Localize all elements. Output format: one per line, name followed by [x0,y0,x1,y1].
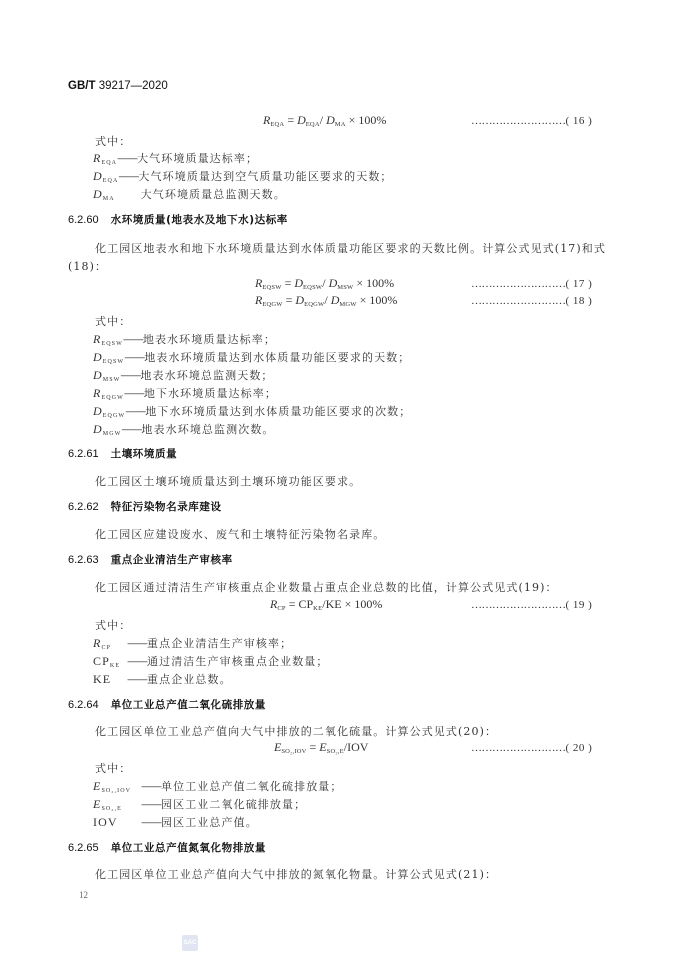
def-subscript: MSW [103,377,121,383]
definition-r-eqsw: REQSW——地表水环境质量达标率； [93,331,276,347]
paragraph-6-2-62: 化工园区应建设废水、废气和土壤特征污染物名录库。 [95,526,385,542]
def-dash: —— [120,369,140,382]
def-dash: —— [118,170,138,183]
formula-20: ESO₂,IOV = ESO₂,E/IOV [274,740,368,755]
formula-tail: × 100% [353,276,394,290]
formula-operator: = [286,597,299,611]
def-dash: —— [141,798,161,811]
def-symbol: KE [93,672,111,686]
formula-symbol: D [294,276,303,290]
def-subscript: EQA [101,160,117,166]
standard-id: GB/T 39217—2020 [68,80,168,92]
formula-tail: /KE × 100% [322,597,382,611]
formula-16: REQA = DEQA/ DMA × 100% [263,113,386,128]
section-heading-6-2-62: 6.2.62特征污染物名录库建设 [68,499,222,514]
formula-symbol: E [319,740,326,754]
formula-symbol: D [329,276,338,290]
paragraph-6-2-61: 化工园区土壤环境质量达到土壤环境功能区要求。 [95,473,361,489]
def-text: 重点企业总数。 [147,673,232,686]
leader-dots: ……………………… [471,742,566,754]
section-number: 6.2.63 [68,554,99,566]
section-heading-6-2-63: 6.2.63重点企业清洁生产审核率 [68,552,233,567]
def-text: 园区工业二氧化硫排放量； [161,798,306,811]
formula-subscript: EQSW [262,284,281,291]
formula-symbol: CP [298,597,313,611]
leader-dots: ……………………… [471,599,566,611]
definition-ke: KE——重点企业总数。 [93,671,232,687]
section-title: 单位工业总产值氮氧化物排放量 [111,842,266,854]
def-text: 地表水环境质量达到水体质量功能区要求的天数； [144,351,410,364]
def-symbol: IOV [93,815,118,829]
def-symbol: D [93,169,103,183]
definition-d-ma: DMA 大气环境质量总监测天数。 [93,186,286,202]
def-subscript: MGW [103,431,122,437]
def-dash: —— [124,387,144,400]
def-dash: —— [127,673,147,686]
section-title: 土壤环境质量 [111,448,178,460]
section-title: 特征污染物名录库建设 [111,501,222,513]
def-dash [115,186,141,202]
def-text: 地表水环境总监测次数。 [141,423,274,436]
where-label: 式中： [95,760,131,776]
formula-symbol: D [326,113,335,127]
def-subscript: EQSW [101,341,122,347]
formula-17: REQSW = DEQSW/ DMSW × 100% [255,276,394,291]
document-page: GB/T 39217—2020 REQA = DEQA/ DMA × 100% … [0,0,674,962]
formula-subscript: MA [335,121,346,128]
section-number: 6.2.65 [68,842,99,854]
equation-number-17: ………………………( 17 ) [471,278,592,290]
def-text: 大气环境质量达标率； [137,152,258,165]
equation-number: ( 17 ) [566,278,593,290]
def-dash: —— [141,780,161,793]
page-number: 12 [79,890,88,900]
formula-subscript: SO₂,IOV [281,748,306,755]
def-text: 重点企业清洁生产审核率； [147,637,292,650]
definition-cp-ke: CPKE——通过清洁生产审核重点企业数量； [93,653,329,669]
equation-number: ( 20 ) [566,742,593,754]
definition-r-eqgw: REQGW——地下水环境质量达标率； [93,385,277,401]
formula-subscript: EQA [270,121,284,128]
formula-operator: = [307,740,320,754]
section-number: 6.2.60 [68,214,99,226]
definition-r-cp: RCP——重点企业清洁生产审核率； [93,635,292,651]
def-dash: —— [125,405,145,418]
section-heading-6-2-64: 6.2.64单位工业总产值二氧化硫排放量 [68,697,266,712]
definition-d-msw: DMSW——地表水环境总监测天数； [93,367,274,383]
section-heading-6-2-60: 6.2.60水环境质量(地表水及地下水)达标率 [68,212,288,227]
def-dash: —— [121,423,141,436]
equation-number-20: ………………………( 20 ) [471,742,592,754]
formula-subscript: SO₂,E [327,748,344,755]
paragraph-6-2-63: 化工园区通过清洁生产审核重点企业数量占重点企业总数的比值，计算公式见式(19)： [95,579,558,595]
sac-watermark-logo-icon: SAC [182,935,198,951]
paragraph-6-2-65: 化工园区单位工业总产值向大气中排放的氮氧化物量。计算公式见式(21)： [95,866,497,882]
def-symbol: D [93,368,103,382]
def-dash: —— [141,816,161,829]
def-dash: —— [117,152,137,165]
def-symbol: D [93,187,103,201]
definition-r-eqa: REQA——大气环境质量达标率； [93,150,258,166]
def-text: 地下水环境质量达标率； [144,387,277,400]
def-text: 单位工业总产值二氧化硫排放量； [161,780,343,793]
formula-operator: = [284,113,297,127]
equation-number-18: ………………………( 18 ) [471,295,592,307]
def-dash: —— [123,333,143,346]
def-text: 地表水环境质量达标率； [143,333,276,346]
section-heading-6-2-65: 6.2.65单位工业总产值氮氧化物排放量 [68,840,266,855]
formula-symbol: D [297,113,306,127]
definition-d-mgw: DMGW——地表水环境总监测次数。 [93,421,275,437]
paragraph-6-2-64: 化工园区单位工业总产值向大气中排放的二氧化硫量。计算公式见式(20)： [95,723,497,739]
paragraph-6-2-60-line1: 化工园区地表水和地下水环境质量达到水体质量功能区要求的天数比例。计算公式见式(1… [95,240,606,256]
formula-tail: /IOV [344,740,369,754]
def-text: 大气环境质量总监测天数。 [141,188,286,201]
formula-subscript: EQGW [262,301,282,308]
definition-d-eqgw: DEQGW——地下水环境质量达到水体质量功能区要求的次数； [93,403,411,419]
formula-subscript: KE [313,605,322,612]
formula-subscript: EQGW [304,301,324,308]
section-title: 单位工业总产值二氧化硫排放量 [111,699,266,711]
def-subscript: CP [101,645,111,651]
formula-symbol: D [295,293,304,307]
leader-dots: ……………………… [471,295,566,307]
def-text: 通过清洁生产审核重点企业数量； [147,655,329,668]
leader-dots: ……………………… [471,115,566,127]
def-symbol: D [93,422,103,436]
where-label: 式中： [95,133,131,149]
def-dash: —— [127,637,147,650]
def-subscript: KE [110,663,120,669]
def-symbol: CP [93,654,110,668]
def-subscript: EQSW [103,359,124,365]
formula-19: RCP = CPKE/KE × 100% [270,597,382,612]
section-number: 6.2.61 [68,448,99,460]
formula-subscript: CP [277,605,285,612]
section-number: 6.2.62 [68,501,99,513]
formula-operator: = [283,293,296,307]
definition-d-eqa: DEQA——大气环境质量达到空气质量功能区要求的天数； [93,168,393,184]
def-dash: —— [124,351,144,364]
definition-e-so2-e: ESO₂,E——园区工业二氧化硫排放量； [93,796,306,812]
def-symbol: D [93,350,103,364]
definition-iov: IOV——园区工业总产值。 [93,814,258,830]
def-text: 园区工业总产值。 [161,816,258,829]
formula-subscript: MGW [339,301,356,308]
equation-number: ( 16 ) [566,115,593,127]
def-subscript: MA [103,196,115,202]
formula-tail: × 100% [357,293,398,307]
section-title: 水环境质量(地表水及地下水)达标率 [111,214,288,226]
def-subscript: EQGW [103,413,125,419]
standard-number: 39217—2020 [99,80,168,92]
section-heading-6-2-61: 6.2.61土壤环境质量 [68,446,177,461]
equation-number: ( 18 ) [566,295,593,307]
paragraph-6-2-60-line2: (18)： [68,258,107,274]
formula-subscript: MSW [337,284,353,291]
formula-operator: = [282,276,295,290]
def-subscript: EQA [103,178,119,184]
def-dash: —— [127,655,147,668]
equation-number-19: ………………………( 19 ) [471,599,592,611]
standard-prefix: GB/T [68,80,95,92]
equation-number-16: ………………………( 16 ) [471,115,592,127]
section-title: 重点企业清洁生产审核率 [111,554,233,566]
formula-subscript: EQSW [303,284,322,291]
where-label: 式中： [95,313,131,329]
definition-d-eqsw: DEQSW——地表水环境质量达到水体质量功能区要求的天数； [93,349,410,365]
where-label: 式中： [95,617,131,633]
def-text: 地表水环境总监测天数； [140,369,273,382]
equation-number: ( 19 ) [566,599,593,611]
section-number: 6.2.64 [68,699,99,711]
formula-18: REQGW = DEQGW/ DMGW × 100% [255,293,397,308]
formula-subscript: EQA [306,121,320,128]
definition-e-so2-iov: ESO₂,IOV——单位工业总产值二氧化硫排放量； [93,778,343,794]
def-text: 地下水环境质量达到水体质量功能区要求的次数； [145,405,411,418]
def-text: 大气环境质量达到空气质量功能区要求的天数； [138,170,392,183]
def-subscript: SO₂,E [101,806,121,812]
def-subscript: EQGW [101,395,123,401]
def-symbol: D [93,404,103,418]
formula-tail: × 100% [346,113,387,127]
leader-dots: ……………………… [471,278,566,290]
def-subscript: SO₂,IOV [101,788,131,794]
